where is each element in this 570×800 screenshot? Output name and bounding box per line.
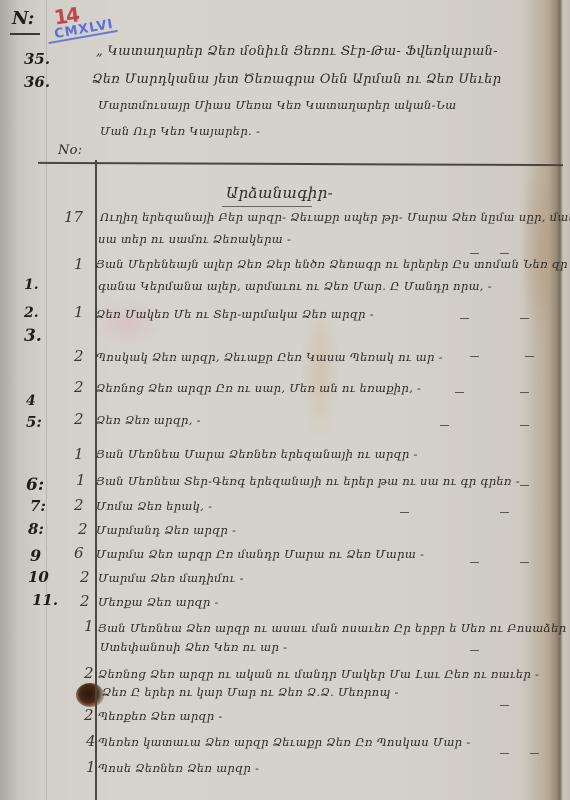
row-quantity: 4 xyxy=(86,732,96,750)
row-quantity: 2 xyxy=(84,664,94,682)
row-quantity: 2 xyxy=(74,496,84,514)
filler-dash xyxy=(500,512,509,513)
burn-hole xyxy=(76,683,104,707)
row-quantity: 1 xyxy=(84,617,94,635)
row-text-cont: գանա Կերմանա ալեր, արմաւու ու Ձեռ Մար. Ը… xyxy=(98,279,492,293)
row-text: Ուղիղ երեզանայի Բեր արզր- Ձեւաքր սպեր թր… xyxy=(100,210,570,224)
filler-dash xyxy=(470,650,479,651)
row-text: Ձեռ Ձեռ արզր, - xyxy=(96,413,201,427)
row-text: Պոսե Ձեռնեռ Ձեռ արզր - xyxy=(98,761,259,775)
row-quantity: 1 xyxy=(74,255,84,273)
filler-dash xyxy=(440,425,449,426)
row-margin-number: 6: xyxy=(26,475,44,495)
no-column-label: No: xyxy=(58,143,82,158)
faded-pink-mark xyxy=(92,298,162,348)
header-line-3: Մարտմուսայր Միաս Մեռա Կեռ Կատաղարեր ական… xyxy=(98,98,456,112)
heading-underline xyxy=(222,206,312,207)
row-margin-number: 5: xyxy=(26,413,42,431)
row-text: Ձեռ Մակեռ Մե ու Տեր-արմակա Ձեռ արզր - xyxy=(96,307,374,321)
manuscript-page: N: 14 CMXLVI 35. 36. „ Կատաղարեր Ձեռ մօն… xyxy=(0,0,570,800)
header-line-1: „ Կատաղարեր Ձեռ մօնիւն Յեռու Տէր-Թա- Ֆվե… xyxy=(96,44,498,59)
row-text: Ձեռնոց Ձեռ արզր ու ական ու մանդր Մակեր Մ… xyxy=(98,667,539,681)
row-quantity: 2 xyxy=(74,378,84,396)
filler-dash xyxy=(520,392,529,393)
edge-stain xyxy=(520,160,560,340)
filler-dash xyxy=(520,562,529,563)
row-quantity: 2 xyxy=(78,520,88,538)
number-underline xyxy=(10,33,40,35)
filler-dash xyxy=(520,318,529,319)
row-quantity: 2 xyxy=(74,410,84,428)
filler-dash xyxy=(500,253,509,254)
row-margin-number: 2. xyxy=(24,305,39,321)
margin-fold xyxy=(46,0,47,800)
row-text-cont: Ստեփանոսի Ձեռ Կեռ ու ար - xyxy=(100,640,287,654)
row-text: Մարմանդ Ձեռ արզր - xyxy=(96,523,236,537)
row-text: Պեռեռ կատաւա Ձեռ արզր Ձեւաքր Ձեռ Ըռ Պոսկ… xyxy=(98,735,471,749)
filler-dash xyxy=(460,318,469,319)
row-margin-number: 9 xyxy=(30,546,41,565)
header-line-2: Ձեռ Մարդկանա յետ Ծեռագրա Օեն Արման ու Ձե… xyxy=(92,72,501,87)
filler-dash xyxy=(470,562,479,563)
row-text: Մոմա Ձեռ երակ, - xyxy=(96,499,212,513)
row-text: Յան Մեռնեա Մարա Ձեռնեռ երեզանայի ու արզր… xyxy=(96,447,418,461)
filler-dash xyxy=(400,512,409,513)
row-text: Ձեռնոց Ձեռ արզր Ըռ ու սար, Մեռ ան ու եռա… xyxy=(96,381,421,395)
table-top-rule xyxy=(38,162,563,166)
row-quantity: 2 xyxy=(74,347,84,365)
row-text: Պոսկակ Ձեռ արզր, Ձեւաքր Ըեռ Կասա Պեռակ ո… xyxy=(96,350,443,364)
row-quantity: 2 xyxy=(84,706,94,724)
row-quantity: 2 xyxy=(80,568,90,586)
row-margin-number: 4 xyxy=(26,393,36,409)
row-margin-number: 10 xyxy=(28,568,49,586)
row-text: Մարմա Ձեռ արզր Ըռ մանդր Մարա ու Ձեռ Մարա… xyxy=(96,547,424,561)
row-text: Մարմա Ձեռ մադիմու - xyxy=(98,571,244,585)
line-number-35: 35. xyxy=(24,50,50,68)
row-quantity: 17 xyxy=(64,208,83,226)
filler-dash xyxy=(500,753,509,754)
row-text: Յան Մեռնեա Ձեռ արզր ու ասաւ ման ոսաւեռ Ը… xyxy=(98,621,566,635)
filler-dash xyxy=(530,753,539,754)
row-text: Մեռքա Ձեռ արզր - xyxy=(98,595,219,609)
number-label: N: xyxy=(12,8,34,29)
filler-dash xyxy=(520,485,529,486)
filler-dash xyxy=(500,705,509,706)
row-text-cont: սա տեր ու սամու Ձեռակերա - xyxy=(98,232,291,246)
row-quantity: 1 xyxy=(74,303,84,321)
row-text: Պեռքեռ Ձեռ արզր - xyxy=(98,709,223,723)
filler-dash xyxy=(520,425,529,426)
row-margin-number: 1. xyxy=(24,277,39,293)
filler-dash xyxy=(525,356,534,357)
row-quantity: 6 xyxy=(74,544,84,562)
row-text: Յան Մերենեայն ալեր Ձեռ Ձեր ենծռ Ձեռագր ո… xyxy=(96,257,568,271)
water-stain xyxy=(300,300,340,440)
row-margin-number: 8: xyxy=(28,520,44,538)
row-text-cont: Ձեռ Ը երեր ու կար Մար ու Ձեռ Ձ.Ձ. Մեռրոպ… xyxy=(102,685,399,699)
line-number-36: 36. xyxy=(24,73,50,91)
filler-dash xyxy=(455,392,464,393)
row-margin-number: 11. xyxy=(32,591,58,609)
filler-dash xyxy=(470,253,479,254)
filler-dash xyxy=(470,356,479,357)
header-line-4: Ման Ուր Կեռ Կայարեր. - xyxy=(100,124,260,138)
row-quantity: 2 xyxy=(80,592,90,610)
row-quantity: 1 xyxy=(76,471,86,489)
row-quantity: 1 xyxy=(86,758,96,776)
row-margin-number: 3. xyxy=(24,326,42,346)
row-text: Յան Մեռնեա Տեր-Գեռգ երեզանայի ու երեր թա… xyxy=(96,474,520,488)
row-quantity: 1 xyxy=(74,445,84,463)
section-heading: Արձանագիր- xyxy=(226,184,333,202)
row-margin-number: 7: xyxy=(30,497,46,515)
